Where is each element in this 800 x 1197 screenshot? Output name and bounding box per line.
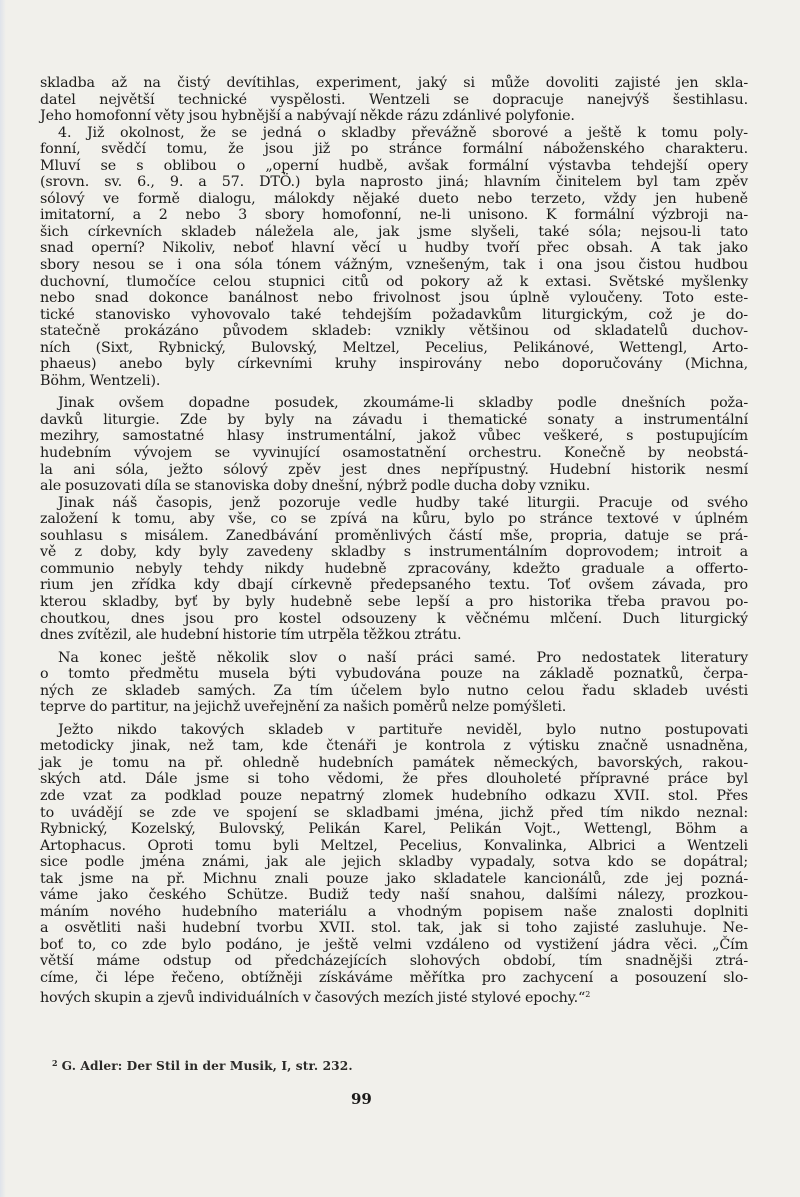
text-line: Böhm, Wentzeli). xyxy=(40,373,748,390)
text-line: založení k tomu, aby vše, co se zpívá na… xyxy=(40,511,748,528)
text-line: jak je tomu na př. ohledně hudebních pam… xyxy=(40,755,748,772)
text-line: Rybnický, Kozelský, Bulovský, Pelikán Ka… xyxy=(40,821,748,838)
text-line: sice podle jména známi, jak ale jejich s… xyxy=(40,854,748,871)
text-line: Jinak ovšem dopadne posudek, zkoumáme-li… xyxy=(40,395,748,412)
text-line: mezihry, samostatné hlasy instrumentální… xyxy=(40,428,748,445)
text-line: boť to, co zde bylo podáno, je ještě vel… xyxy=(40,937,748,954)
text-line: hudebním vývojem se vyvinující osamostat… xyxy=(40,445,748,462)
text-line: choutkou, dnes jsou pro kostel odsouzeny… xyxy=(40,611,748,628)
text-line: teprve do partitur, na jejichž uveřejněn… xyxy=(40,699,748,716)
text-line: la ani sóla, ježto sólový zpěv jest dnes… xyxy=(40,462,748,479)
text-line: dnes zvítězil, ale hudební historie tím … xyxy=(40,627,748,644)
text-line: vě z doby, kdy byly zavedeny skladby s i… xyxy=(40,544,748,561)
text-line: Mluví se s oblibou o „operní hudbě, avša… xyxy=(40,158,748,175)
paragraph: Na konec ještě několik slov o naší práci… xyxy=(40,650,748,716)
text-line: souhlasu s misálem. Zanedbávání proměnli… xyxy=(40,528,748,545)
text-line: duchovní, tlumočíce celou stupnici citů … xyxy=(40,274,748,291)
paragraph: Jinak náš časopis, jenž pozoruje vedle h… xyxy=(40,495,748,644)
text-line: nebo snad dokonce banálnost nebo frivoln… xyxy=(40,290,748,307)
text-line: statečně prokázáno původem skladeb: vzni… xyxy=(40,323,748,340)
text-line: větší máme odstup od předcházejících slo… xyxy=(40,953,748,970)
text-line: tické stanovisko vyhovovalo také tehdejš… xyxy=(40,307,748,324)
text-line: a osvětliti naši hudební tvorbu XVII. st… xyxy=(40,920,748,937)
text-line: zde vzat za podklad pouze nepatrný zlome… xyxy=(40,788,748,805)
text-line: ných ze skladeb samých. Za tím účelem by… xyxy=(40,683,748,700)
text-line: fonní, svědčí tomu, že jsou již po strán… xyxy=(40,141,748,158)
text-line: communio nebyly tehdy nikdy hudebně zpra… xyxy=(40,561,748,578)
text-line: datel největší technické vyspělosti. Wen… xyxy=(40,92,748,109)
text-line: to uvádějí se zde ve spojení se skladbam… xyxy=(40,805,748,822)
paragraph: Jinak ovšem dopadne posudek, zkoumáme-li… xyxy=(40,395,748,494)
text-line: 4. Již okolnost, že se jedná o skladby p… xyxy=(40,125,748,142)
text-line: skladba až na čistý devítihlas, experime… xyxy=(40,75,748,92)
text-line: váme jako českého Schütze. Budiž tedy na… xyxy=(40,887,748,904)
text-line: ských atd. Dále jsme si toho vědomi, že … xyxy=(40,771,748,788)
text-line: Ježto nikdo takových skladeb v partituře… xyxy=(40,722,748,739)
paragraph: skladba až na čistý devítihlas, experime… xyxy=(40,75,748,125)
text-line: o tomto předmětu musela býti vybudována … xyxy=(40,666,748,683)
text-line: címe, či lépe řečeno, obtížněji získávám… xyxy=(40,970,748,987)
footnote-reference: 2 xyxy=(585,990,590,999)
page-number: 99 xyxy=(351,1090,372,1108)
paragraph: 4. Již okolnost, že se jedná o skladby p… xyxy=(40,125,748,390)
text-line: (srovn. sv. 6., 9. a 57. DTÖ.) byla napr… xyxy=(40,174,748,191)
text-line: imitatorní, a 2 nebo 3 sbory homofonní, … xyxy=(40,207,748,224)
text-line: rium jen zřídka kdy dbají církevně přede… xyxy=(40,577,748,594)
text-line: máním nového hudebního materiálu a vhodn… xyxy=(40,904,748,921)
text-line: snad operní? Nikoliv, neboť hlavní věcí … xyxy=(40,240,748,257)
text-line: Na konec ještě několik slov o naší práci… xyxy=(40,650,748,667)
footnote-text: G. Adler: Der Stil in der Musik, I, str.… xyxy=(62,1059,353,1073)
text-line: davků liturgie. Zde by byly na závadu i … xyxy=(40,412,748,429)
text-line: hových skupin a zjevů individuálních v č… xyxy=(40,987,748,1004)
text-line: šich církevních skladeb náležela ale, ja… xyxy=(40,224,748,241)
page-edge-shadow xyxy=(0,0,6,1197)
text-line: tak jsme na př. Michnu znali pouze jako … xyxy=(40,871,748,888)
text-line: ních (Sixt, Rybnický, Bulovský, Meltzel,… xyxy=(40,340,748,357)
text-line: sólový ve formě dialogu, málokdy nějaké … xyxy=(40,191,748,208)
footnote: 2G. Adler: Der Stil in der Musik, I, str… xyxy=(52,1058,353,1073)
text-line: metodicky jinak, než tam, kde čtenáři je… xyxy=(40,738,748,755)
text-line: phaeus) anebo byly církevními kruhy insp… xyxy=(40,356,748,373)
text-line: kterou skladby, byť by byly hudebně sebe… xyxy=(40,594,748,611)
text-line: sbory nesou se i ona sóla tónem vážným, … xyxy=(40,257,748,274)
text-line: Jinak náš časopis, jenž pozoruje vedle h… xyxy=(40,495,748,512)
text-line: Artophacus. Oproti tomu byli Meltzel, Pe… xyxy=(40,838,748,855)
paragraph: Ježto nikdo takových skladeb v partituře… xyxy=(40,722,748,1003)
text-line: ale posuzovati díla se stanoviska doby d… xyxy=(40,478,748,495)
text-line: Jeho homofonní věty jsou hybnější a nabý… xyxy=(40,108,748,125)
body-text: skladba až na čistý devítihlas, experime… xyxy=(40,75,748,1003)
footnote-marker: 2 xyxy=(52,1058,58,1068)
